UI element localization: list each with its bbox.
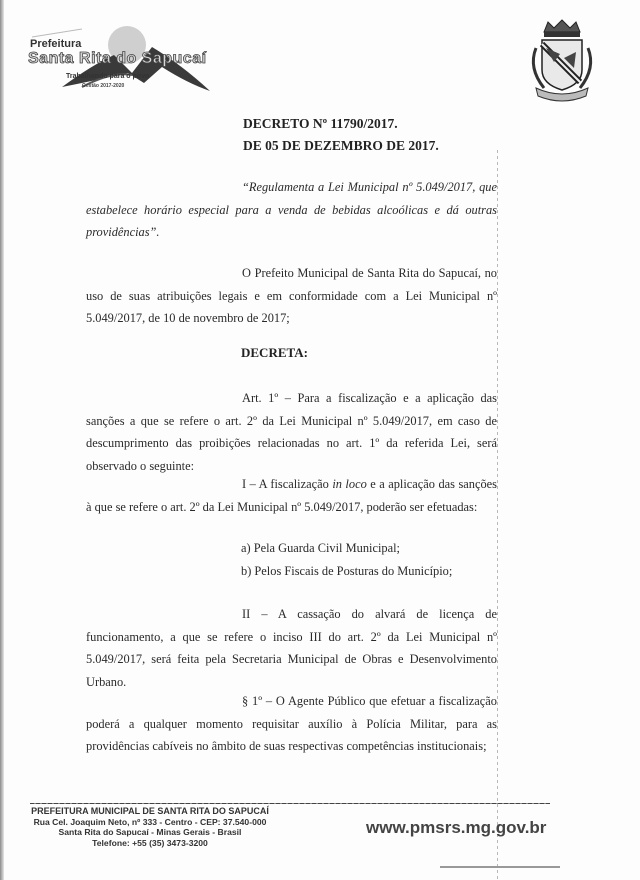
preamble-paragraph: O Prefeito Municipal de Santa Rita do Sa…: [86, 262, 497, 330]
footer-website-link[interactable]: www.pmsrs.mg.gov.br: [366, 818, 546, 838]
prefeitura-logo: Prefeitura Santa Rita do Sapucaí Trabalh…: [22, 25, 212, 95]
enforcement-list: a) Pela Guarda Civil Municipal; b) Pelos…: [241, 537, 452, 582]
footer-address: Rua Cel. Joaquim Neto, nº 333 - Centro -…: [30, 817, 270, 828]
decreta-heading: DECRETA:: [241, 345, 308, 361]
footer-phone: Telefone: +55 (35) 3473-3200: [30, 838, 270, 849]
scan-fold-line: [497, 150, 498, 880]
inciso-1-italic: in loco: [332, 477, 366, 491]
decree-title: DECRETO Nº 11790/2017. DE 05 DE DEZEMBRO…: [243, 113, 439, 157]
logo-slogan: Trabalhando para o povo: [66, 73, 149, 80]
footer-address-block: PREFEITURA MUNICIPAL DE SANTA RITA DO SA…: [30, 806, 270, 848]
list-item: a) Pela Guarda Civil Municipal;: [241, 537, 452, 560]
decree-summary: “Regulamenta a Lei Municipal nº 5.049/20…: [86, 176, 497, 244]
inciso-2: II – A cassação do alvará de licença de …: [86, 603, 497, 693]
decree-number: DECRETO Nº 11790/2017.: [243, 113, 439, 135]
decree-date: DE 05 DE DEZEMBRO DE 2017.: [243, 135, 439, 157]
coat-of-arms-icon: [518, 18, 606, 106]
footer-divider: [30, 803, 550, 804]
scan-bottom-edge: [440, 866, 560, 868]
list-item: b) Pelos Fiscais de Posturas do Municípi…: [241, 560, 452, 583]
logo-prefix: Prefeitura: [30, 38, 81, 50]
scan-left-edge: [0, 0, 4, 880]
inciso-1-start: I – A fiscalização: [242, 477, 332, 491]
footer-institution: PREFEITURA MUNICIPAL DE SANTA RITA DO SA…: [30, 806, 270, 817]
logo-city-name: Santa Rita do Sapucaí: [28, 50, 207, 68]
footer-city: Santa Rita do Sapucaí - Minas Gerais - B…: [30, 827, 270, 838]
logo-term: Gestão 2017-2020: [82, 83, 124, 89]
article-1: Art. 1º – Para a fiscalização e a aplica…: [86, 387, 497, 477]
paragraph-1: § 1º – O Agente Público que efetuar a fi…: [86, 690, 497, 758]
inciso-1: I – A fiscalização in loco e a aplicação…: [86, 473, 497, 518]
